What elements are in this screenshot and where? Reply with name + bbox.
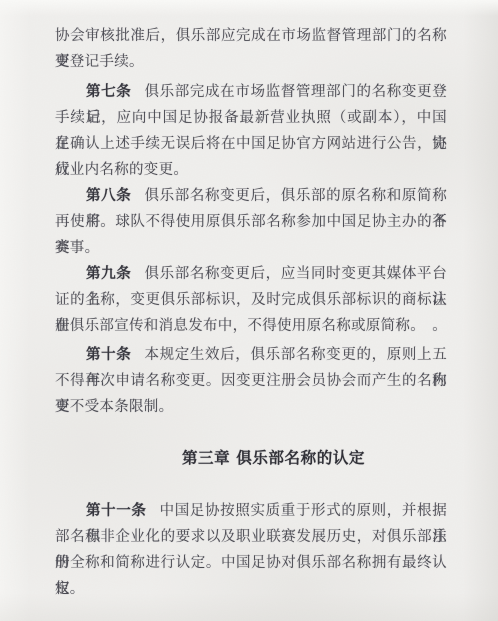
paragraph-article-11: 第十一条中国足协按照实质重于形式的原则，并根据俱乐 部名称非企业化的要求以及职业… [55, 498, 447, 602]
doc-line: 赛事。 [55, 235, 447, 261]
paragraph-article-9: 第九条俱乐部名称变更后，应当同时变更其媒体平台上认 证的名称，变更俱乐部标识，及… [55, 261, 447, 339]
doc-line: 更不受本条限制。 [55, 394, 447, 420]
doc-line: 更登记手续。 [55, 49, 447, 75]
line-text: 赛事。 [55, 240, 99, 256]
doc-line: 行业内名称的变更。 [55, 157, 447, 183]
doc-line: 权。 [55, 576, 447, 602]
doc-line: 第九条俱乐部名称变更后，应当同时变更其媒体平台上认 [55, 261, 447, 287]
paragraph-article-7: 第七条俱乐部完成在市场监督管理部门的名称变更登记 手续后，应向中国足协报备最新营… [55, 79, 447, 183]
document-body: 协会审核批准后，俱乐部应完成在市场监督管理部门的名称变 更登记手续。 第七条俱乐… [0, 0, 498, 602]
doc-line: 第十一条中国足协按照实质重于形式的原则，并根据俱乐 [55, 498, 447, 524]
scanned-page: 协会审核批准后，俱乐部应完成在市场监督管理部门的名称变 更登记手续。 第七条俱乐… [0, 0, 498, 621]
line-text: 在俱乐部宣传和消息发布中，不得使用原名称或原简称。 [55, 318, 425, 334]
article-number: 第十条 [86, 346, 131, 363]
doc-line: 在确认上述手续无误后将在中国足协官方网站进行公告，完成 [55, 131, 447, 157]
doc-line: 第十条本规定生效后，俱乐部名称变更的，原则上五年内 [55, 342, 447, 368]
article-number: 第十一条 [86, 502, 147, 519]
line-text: 更登记手续。 [55, 54, 144, 70]
doc-line: 不得再次申请名称变更。因变更注册会员协会而产生的名称变 [55, 368, 447, 394]
doc-line: 的全称和简称进行认定。中国足协对俱乐部名称拥有最终认定 [55, 550, 447, 576]
paragraph-article-8: 第八条俱乐部名称变更后，俱乐部的原名称和原简称将不 再使用。球队不得使用原俱乐部… [55, 183, 447, 261]
doc-line: 证的名称，变更俱乐部标识，及时完成俱乐部标识的商标注册。 [55, 287, 447, 313]
chapter-heading: 第三章 俱乐部名称的认定 [55, 445, 447, 471]
doc-line: 部名称非企业化的要求以及职业联赛发展历史，对俱乐部注册 [55, 524, 447, 550]
doc-line: 再使用。球队不得使用原俱乐部名称参加中国足协主办的各类 [55, 209, 447, 235]
doc-line: 协会审核批准后，俱乐部应完成在市场监督管理部门的名称变 [55, 23, 447, 49]
line-text: 权。 [55, 581, 85, 597]
article-number: 第七条 [86, 83, 131, 100]
line-text: 更不受本条限制。 [55, 399, 173, 415]
doc-line: 手续后，应向中国足协报备最新营业执照（或副本），中国足协 [55, 105, 447, 131]
doc-line: 第八条俱乐部名称变更后，俱乐部的原名称和原简称将不 [55, 183, 447, 209]
paragraph-continuation: 协会审核批准后，俱乐部应完成在市场监督管理部门的名称变 更登记手续。 [55, 23, 447, 75]
paragraph-article-10: 第十条本规定生效后，俱乐部名称变更的，原则上五年内 不得再次申请名称变更。因变更… [55, 342, 447, 420]
article-number: 第九条 [86, 265, 131, 282]
line-text: 行业内名称的变更。 [55, 162, 188, 178]
doc-line: 第七条俱乐部完成在市场监督管理部门的名称变更登记 [55, 79, 447, 105]
doc-line: 在俱乐部宣传和消息发布中，不得使用原名称或原简称。 [55, 313, 447, 339]
article-number: 第八条 [86, 187, 131, 204]
